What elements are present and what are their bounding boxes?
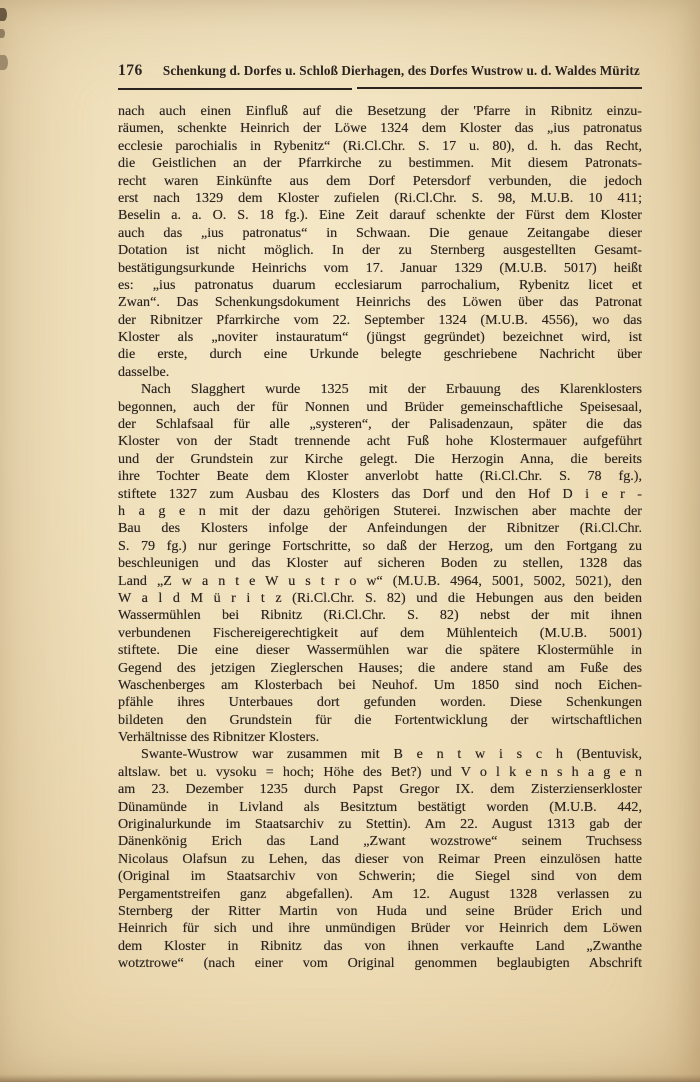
text-line: S. 79 fg.) nur geringe Fortschritte, so … (118, 538, 642, 555)
text-line: auch das „ius patronatus“ in Schwaan. Di… (118, 225, 642, 242)
text-line: recht waren Einkünfte aus dem Dorf Peter… (118, 173, 642, 190)
text-line: Bau des Klosters infolge der Anfeindunge… (118, 520, 642, 537)
text-line: erst nach 1329 dem Kloster zufielen (Ri.… (118, 190, 642, 207)
text-line: Sternberg der Ritter Martin von Huda und… (118, 903, 642, 920)
page-number: 176 (118, 62, 143, 80)
text-line: Kloster als „noviter instauratum“ (jüngs… (118, 329, 642, 346)
scan-bottom-edge (0, 1074, 700, 1082)
text-line: und der Grundstein zur Kirche gelegt. Di… (118, 451, 642, 468)
paragraph: nach auch einen Einfluß auf die Besetzun… (118, 103, 642, 381)
scan-artifact (0, 55, 8, 70)
text-line: bestätigungsurkunde Heinrichs vom 17. Ja… (118, 260, 642, 277)
text-line: stiftete. Die eine dieser Wassermühlen w… (118, 642, 642, 659)
text-line: pfähle ihres Unterbaues dort gefunden wo… (118, 694, 642, 711)
header-rule (118, 88, 352, 90)
text-line: Nicolaus Olafsun zu Lehen, das dieser vo… (118, 851, 642, 868)
text-line: die Geistlichen an der Pfarrkirche zu be… (118, 155, 642, 172)
text-line: Nach Slagghert wurde 1325 mit der Erbauu… (118, 381, 642, 398)
text-line: Waschenberges am Klosterbach bei Neuhof.… (118, 677, 642, 694)
text-line: Gegend des jetzigen Zieglerschen Hauses;… (118, 660, 642, 677)
text-line: Beselin a. a. O. S. 18 fg.). Eine Zeit d… (118, 207, 642, 224)
text-line: Pergamentstreifen ganz abgefallen). Am 1… (118, 886, 642, 903)
text-line: Swante-Wustrow war zusammen mit B e n t … (118, 746, 642, 763)
book-page: 176 Schenkung d. Dorfes u. Schloß Dierha… (0, 0, 700, 1082)
text-line: Kloster von der Stadt trennende acht Fuß… (118, 433, 642, 450)
text-line: Zwan“. Das Schenkungsdokument Heinrichs … (118, 294, 642, 311)
scan-artifact (0, 29, 5, 38)
text-line: Dotation ist nicht möglich. In der zu St… (118, 242, 642, 259)
text-line: Dänenkönig Erich das Land „Zwant wozstro… (118, 833, 642, 850)
text-line: h a g e n mit der dazu gehörigen Stutere… (118, 503, 642, 520)
running-head: Schenkung d. Dorfes u. Schloß Dierhagen,… (143, 63, 642, 79)
text-line: W a l d M ü r i t z (Ri.Cl.Chr. S. 82) u… (118, 590, 642, 607)
page-header: 176 Schenkung d. Dorfes u. Schloß Dierha… (118, 62, 642, 80)
text-line: Land „Z w a n t e W u s t r o w“ (M.U.B.… (118, 573, 642, 590)
text-line: Originalurkunde im Staatsarchiv zu Stett… (118, 816, 642, 833)
text-line: räumen, schenkte Heinrich der Löwe 1324 … (118, 120, 642, 137)
text-line: (Original im Staatsarchiv von Schwerin; … (118, 868, 642, 885)
text-line: ihre Tochter Beate dem Kloster anverlobt… (118, 468, 642, 485)
text-line: begonnen, auch der für Nonnen und Brüder… (118, 399, 642, 416)
page-body: nach auch einen Einfluß auf die Besetzun… (118, 103, 642, 973)
paragraph: Swante-Wustrow war zusammen mit B e n t … (118, 746, 642, 972)
paragraph: Nach Slagghert wurde 1325 mit der Erbauu… (118, 381, 642, 746)
text-line: wotztrowe“ (nach einer vom Original geno… (118, 955, 642, 972)
text-line: dasselbe. (118, 364, 642, 381)
text-line: ecclesie parochialis in Rybenitz“ (Ri.Cl… (118, 138, 642, 155)
text-line: Heinrich für sich und ihre unmündigen Br… (118, 920, 642, 937)
text-line: Verhältnisse des Ribnitzer Klosters. (118, 729, 642, 746)
text-line: der Ribnitzer Pfarrkirche vom 22. Septem… (118, 312, 642, 329)
text-line: der Schlafsaal für alle „systeren“, der … (118, 416, 642, 433)
text-line: Wassermühlen bei Ribnitz (Ri.Cl.Chr. S. … (118, 607, 642, 624)
text-line: am 23. Dezember 1235 durch Papst Gregor … (118, 781, 642, 798)
text-line: bildeten den Grundstein für die Fortentw… (118, 712, 642, 729)
text-line: beschleunigen und das Kloster auf sicher… (118, 555, 642, 572)
header-rule (357, 87, 642, 89)
text-line: Dünamünde in Livland als Besitztum bestä… (118, 799, 642, 816)
text-line: altslaw. bet u. vysoku = hoch; Höhe des … (118, 764, 642, 781)
text-line: verbundenen Fischereigerechtigkeit auf d… (118, 625, 642, 642)
text-line: dem Kloster in Ribnitz das von ihnen ver… (118, 938, 642, 955)
text-line: es: „ius patronatus duarum ecclesiarum p… (118, 277, 642, 294)
text-line: stiftete 1327 zum Ausbau des Klosters da… (118, 486, 642, 503)
text-line: die erste, durch eine Urkunde belegte ge… (118, 346, 642, 363)
text-line: nach auch einen Einfluß auf die Besetzun… (118, 103, 642, 120)
scan-artifact (0, 8, 7, 21)
